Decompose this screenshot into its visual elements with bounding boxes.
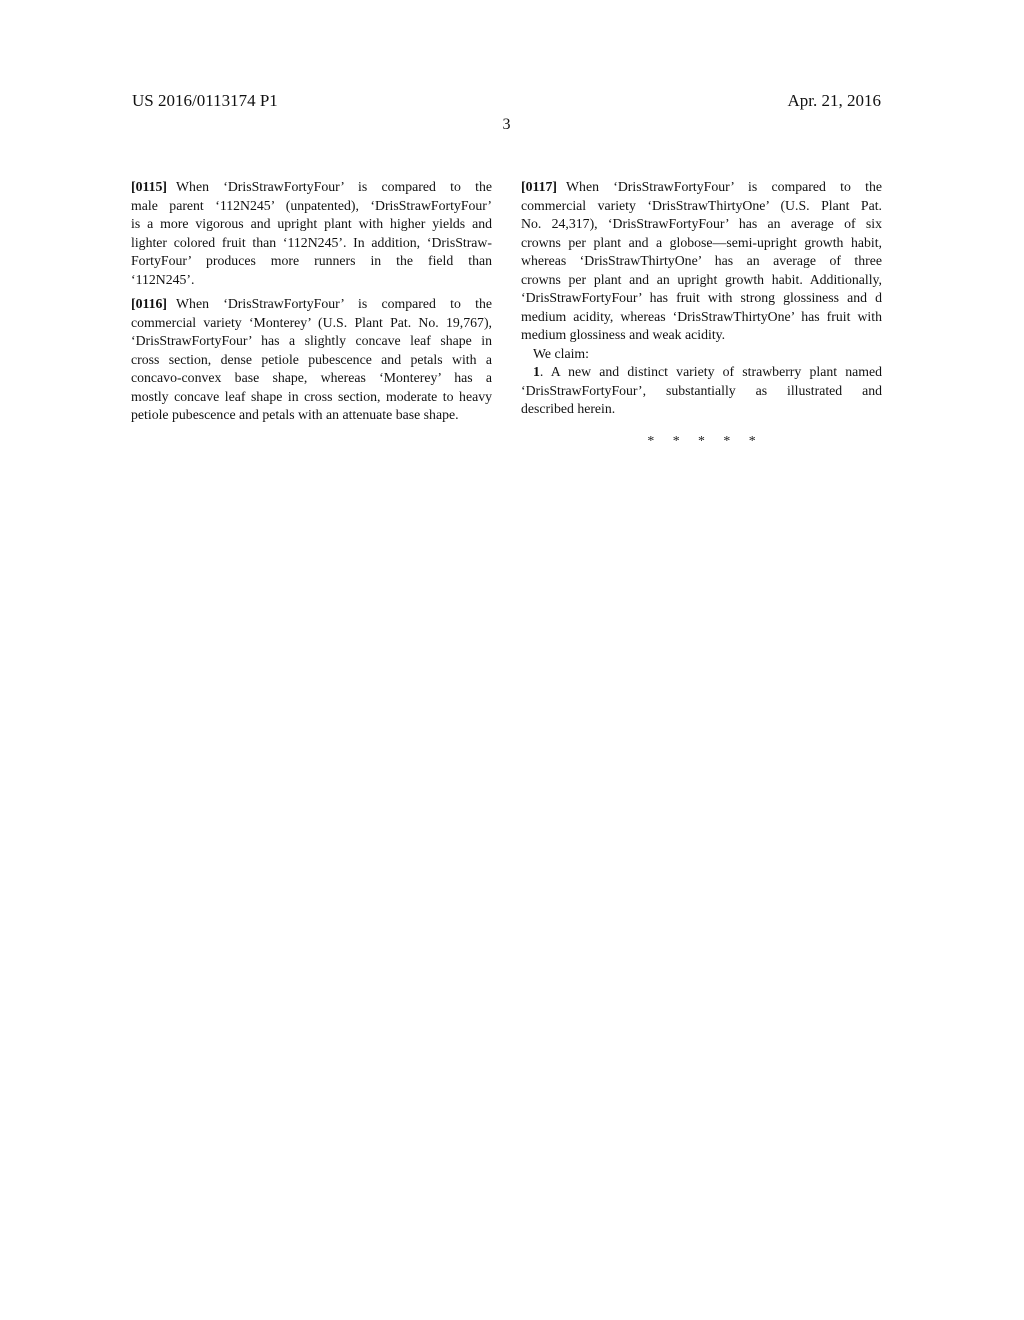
text-line-content: When ‘DrisStrawFortyFour’ is compared to… [176, 179, 492, 194]
text-line: ‘DrisStrawFortyFour’ has fruit with stro… [521, 289, 882, 308]
text-line: crowns per plant and a globose—semi-upri… [521, 234, 882, 253]
text-line: [0117]When ‘DrisStrawFortyFour’ is compa… [521, 178, 882, 197]
text-line: ‘112N245’. [131, 271, 492, 290]
paragraph-tag: [0115] [131, 179, 167, 194]
text-line: petiole pubescence and petals with an at… [131, 406, 492, 425]
text-line: No. 24,317), ‘DrisStrawFortyFour’ has an… [521, 215, 882, 234]
text-line-content: When ‘DrisStrawFortyFour’ is compared to… [566, 179, 882, 194]
text-line: [0115]When ‘DrisStrawFortyFour’ is compa… [131, 178, 492, 197]
publication-number: US 2016/0113174 P1 [132, 90, 278, 111]
text-line: cross section, dense petiole pubescence … [131, 351, 492, 370]
publication-date: Apr. 21, 2016 [788, 90, 882, 111]
text-line: medium acidity, whereas ‘DrisStrawThirty… [521, 308, 882, 327]
paragraph-0117: [0117]When ‘DrisStrawFortyFour’ is compa… [521, 178, 882, 345]
patent-page: US 2016/0113174 P1 Apr. 21, 2016 3 [0115… [0, 0, 1024, 1320]
document-header: US 2016/0113174 P1 Apr. 21, 2016 [132, 90, 881, 111]
end-of-claims-asterisks: * * * * * [521, 433, 882, 449]
page-number: 3 [132, 115, 881, 135]
text-line: whereas ‘DrisStrawThirtyOne’ has an aver… [521, 252, 882, 271]
text-line: crowns per plant and an upright growth h… [521, 271, 882, 290]
text-line: commercial variety ‘DrisStrawThirtyOne’ … [521, 197, 882, 216]
right-column: [0117]When ‘DrisStrawFortyFour’ is compa… [521, 178, 882, 449]
text-line: [0116]When ‘DrisStrawFortyFour’ is compa… [131, 295, 492, 314]
text-line: described herein. [521, 400, 882, 419]
text-line-content: When ‘DrisStrawFortyFour’ is compared to… [176, 296, 492, 311]
text-line: ‘DrisStrawFortyFour’, substantially as i… [521, 382, 882, 401]
text-line: concavo-convex base shape, whereas ‘Mont… [131, 369, 492, 388]
paragraph-0116: [0116]When ‘DrisStrawFortyFour’ is compa… [131, 295, 492, 425]
text-line-content: . A new and distinct variety of strawber… [540, 364, 882, 379]
paragraph-0115: [0115]When ‘DrisStrawFortyFour’ is compa… [131, 178, 492, 289]
text-line: is a more vigorous and upright plant wit… [131, 215, 492, 234]
text-line: commercial variety ‘Monterey’ (U.S. Plan… [131, 314, 492, 333]
text-line: FortyFour’ produces more runners in the … [131, 252, 492, 271]
text-line: medium glossiness and weak acidity. [521, 326, 882, 345]
left-column: [0115]When ‘DrisStrawFortyFour’ is compa… [131, 178, 492, 449]
text-line: lighter colored fruit than ‘112N245’. In… [131, 234, 492, 253]
content-columns: [0115]When ‘DrisStrawFortyFour’ is compa… [131, 178, 1024, 449]
paragraph-tag: [0117] [521, 179, 557, 194]
text-line: mostly concave leaf shape in cross secti… [131, 388, 492, 407]
text-line: 1. A new and distinct variety of strawbe… [521, 363, 882, 382]
claims-intro: We claim: [521, 345, 882, 364]
text-line: male parent ‘112N245’ (unpatented), ‘Dri… [131, 197, 492, 216]
claim-number: 1 [533, 364, 540, 379]
claim-1: 1. A new and distinct variety of strawbe… [521, 363, 882, 419]
paragraph-tag: [0116] [131, 296, 167, 311]
text-line: ‘DrisStrawFortyFour’ has a slightly conc… [131, 332, 492, 351]
